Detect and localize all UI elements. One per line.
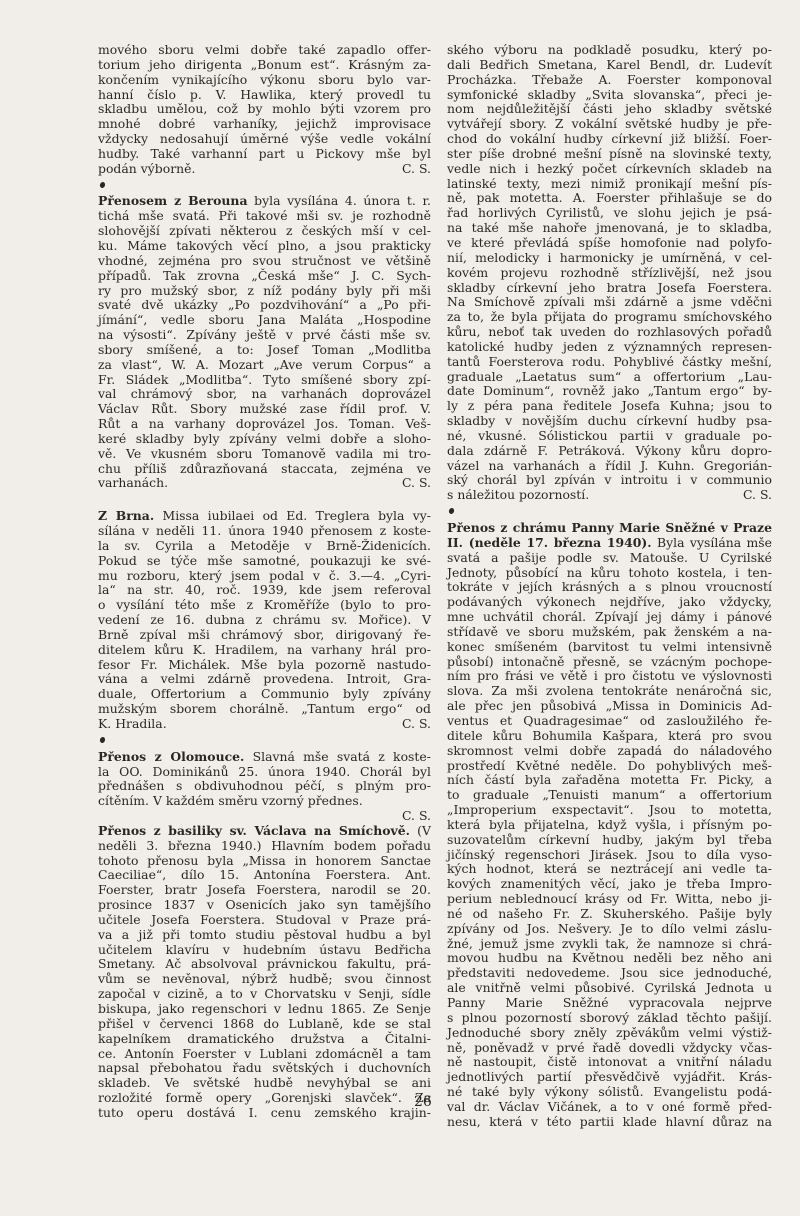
article-heading: Přenosem z Berouna — [98, 193, 248, 208]
text-line: vedle nich i hezký počet církevních skla… — [447, 162, 772, 177]
text-line: Caeciliae“, dílo 15. Antonína Foerstera.… — [98, 868, 431, 883]
text-line: ditelem kůru K. Hradilem, na varhany hrá… — [98, 643, 431, 658]
text-line: cítěním. V každém směru vzorný přednes. — [98, 794, 431, 809]
text-line: případů. Tak zrovna „Česká mše“ J. C. Sy… — [98, 269, 431, 284]
text-line: mne uchvátil chorál. Zpívají jej dámy i … — [447, 610, 772, 625]
text-line: dali Bedřich Smetana, Karel Bendl, dr. L… — [447, 58, 772, 73]
text-line: prostředí Květné neděle. Do pohyblivých … — [447, 759, 772, 774]
section-bullet-icon — [98, 732, 431, 747]
text-line: perium neblednoucí krásy od Fr. Witta, n… — [447, 892, 772, 907]
article-first-line: Přenos z Olomouce. Slavná mše svatá z ko… — [98, 750, 431, 765]
left-column: mového sboru velmi dobře také zapadlo of… — [98, 43, 431, 1121]
article-smichov-continuation: ského výboru na podkladě posudku, který … — [447, 43, 772, 503]
article-text: Slavná mše svatá z koste- — [244, 749, 431, 764]
text-line: jičínský regenschori Jirásek. Jsou to dí… — [447, 848, 772, 863]
text-line: na také mše nahoře jmenovaná, je to skla… — [447, 221, 772, 236]
text-line: varhanách. — [98, 476, 168, 491]
text-line: skromnost velmi dobře zapadá do náladové… — [447, 744, 772, 759]
text-line: katolické hudby jeden z významných repre… — [447, 340, 772, 355]
text-line: Brně zpíval mši chrámový sbor, dirigovan… — [98, 628, 431, 643]
text-line: suzovatelům církevní hudby, jakým byl tř… — [447, 833, 772, 848]
text-line: Na Smíchově zpívali mši zdárně a jsme vd… — [447, 295, 772, 310]
text-line: né, vkusné. Sólistickou partii v gradual… — [447, 429, 772, 444]
author-signature: C. S. — [402, 809, 431, 824]
article-first-line: Z Brna. Missa iubilaei od Ed. Treglera b… — [98, 509, 431, 524]
text-line: podávaných výkonech nejdříve, jako vždyc… — [447, 595, 772, 610]
text-line: Jednoty, působící na kůru tohoto kostela… — [447, 566, 772, 581]
text-line: slohovější zpívati některou z českých mš… — [98, 224, 431, 239]
text-line: jednotlivých partií přesvědčivě vyjádřit… — [447, 1070, 772, 1085]
article-text: byla vysílána 4. února t. r. — [248, 193, 431, 208]
text-line: učitele Josefa Foerstera. Studoval v Pra… — [98, 913, 431, 928]
text-line: kovém projevu rozhodně střízlivější, než… — [447, 266, 772, 281]
text-line: Jednoduché sbory zněly zpěvákům velmi vý… — [447, 1026, 772, 1041]
text-line: skladby v novějším duchu církevní hudby … — [447, 414, 772, 429]
text-line: ský chorál byl zpíván v introitu i v com… — [447, 473, 772, 488]
text-line: val chrámový sbor, na varhanách doprováz… — [98, 387, 431, 402]
text-line: K. Hradila. — [98, 717, 167, 732]
text-line: chu příliš zdůrazňovaná staccata, zejmén… — [98, 462, 431, 477]
text-line: nom nejdůležitější části jeho skladby sv… — [447, 102, 772, 117]
text-line: ventus et Quadragesimae“ od zasloužilého… — [447, 714, 772, 729]
article-beroun: Přenosem z Berouna byla vysílána 4. únor… — [98, 194, 431, 491]
text-line: tichá mše svatá. Při takové mši sv. je r… — [98, 209, 431, 224]
text-line: la“ na str. 40, roč. 1939, kde jsem refe… — [98, 583, 431, 598]
text-line: duale, Offertorium a Communio byly zpívá… — [98, 687, 431, 702]
author-signature: C. S. — [402, 162, 431, 177]
text-line: keré skladby byly zpívány velmi dobře a … — [98, 432, 431, 447]
text-line: mového sboru velmi dobře také zapadlo of… — [98, 43, 431, 58]
text-line: podán výborně. — [98, 162, 195, 177]
text-line: Růt a na varhany doprovázel Jos. Toman. … — [98, 417, 431, 432]
text-line: graduale „Laetatus sum“ a offertorium „L… — [447, 370, 772, 385]
text-line: mužským sborem chorálně. „Tantum ergo“ o… — [98, 702, 431, 717]
text-line: ně, poněvadž v prvé řadě dovedli vždycky… — [447, 1041, 772, 1056]
text-line: Smetany. Ač absolvoval právnickou fakult… — [98, 957, 431, 972]
text-line: vána a velmi zdárně provedena. Introit, … — [98, 672, 431, 687]
text-line: započal v cizině, a to v Chorvatsku v Se… — [98, 987, 431, 1002]
text-line: ly z péra pana ředitele Josefa Kuhna; js… — [447, 399, 772, 414]
article-first-line: Přenos z chrámu Panny Marie Sněžné v Pra… — [447, 521, 772, 536]
article-text: Byla vysílána mše — [652, 535, 772, 550]
article-heading: Přenos z Olomouce. — [98, 749, 244, 764]
text-line: učitelem klavíru v hudebním ústavu Bedři… — [98, 943, 431, 958]
article-brno: Z Brna. Missa iubilaei od Ed. Treglera b… — [98, 509, 431, 732]
text-line: slova. Za mši zvolena tentokráte nenároč… — [447, 684, 772, 699]
text-line: konec smíšeném (barvitost tu velmi inten… — [447, 640, 772, 655]
text-line: neděli 3. března 1940.) Hlavním bodem po… — [98, 839, 431, 854]
text-line: skladeb. Ve světské hudbě nevyhýbal se a… — [98, 1076, 431, 1091]
text-line: hanní číslo p. V. Hawlika, který provedl… — [98, 88, 431, 103]
article-heading: II. (neděle 17. března 1940). — [447, 535, 652, 550]
article-heading: Přenos z basiliky sv. Václava na Smíchov… — [98, 823, 410, 838]
section-bullet-icon — [447, 503, 772, 518]
article-heading-line: II. (neděle 17. března 1940). Byla vysíl… — [447, 536, 772, 551]
text-line: movou hudbu na Květnou neděli bez něho a… — [447, 951, 772, 966]
author-signature: C. S. — [402, 476, 431, 491]
text-line: val dr. Václav Vičánek, a to v oné formě… — [447, 1100, 772, 1115]
last-line-with-signature: varhanách.C. S. — [98, 476, 431, 491]
right-column: ského výboru na podkladě posudku, který … — [447, 43, 772, 1130]
document-page: mového sboru velmi dobře také zapadlo of… — [0, 0, 800, 1216]
page-number: 26 — [414, 1094, 432, 1110]
text-line: ale přec jen působivá „Missa in Dominici… — [447, 699, 772, 714]
text-line: kapelníkem dramatického družstva a Čital… — [98, 1032, 431, 1047]
text-line: ry pro mužský sbor, z níž podány byly př… — [98, 284, 431, 299]
article-text: (V — [410, 823, 431, 838]
text-line: fesor Fr. Michálek. Mše byla pozorně nas… — [98, 658, 431, 673]
text-line: ster píše drobné mešní písně na slovinsk… — [447, 147, 772, 162]
text-line: vhodné, zejména pro svou stručnost ve vě… — [98, 254, 431, 269]
text-line: biskupa, jako regenschori v lednu 1865. … — [98, 1002, 431, 1017]
text-line: působí) intonačně přesně, se vzácným poc… — [447, 655, 772, 670]
text-line: přednášen s obdivuhodnou péčí, s plným p… — [98, 779, 431, 794]
text-line: hudby. Také varhanní part u Pickovy mše … — [98, 147, 431, 162]
text-line: Foerster, bratr Josefa Foerstera, narodi… — [98, 883, 431, 898]
text-line: zpívány od Jos. Nešvery. Je to dílo velm… — [447, 922, 772, 937]
text-line: svaté dvě ukázky „Po pozdvihování“ a „Po… — [98, 298, 431, 313]
text-line: vytvářejí sbory. Z vokální světské hudby… — [447, 117, 772, 132]
text-line: ditele kůru Bohumila Kašpara, která pro … — [447, 729, 772, 744]
text-line: mu rozboru, který jsem podal v č. 3.—4. … — [98, 569, 431, 584]
text-line: tokráte v jejích krásných a s plnou vrou… — [447, 580, 772, 595]
text-line: la sv. Cyrila a Metoděje v Brně-Židenicí… — [98, 539, 431, 554]
text-line: torium jeho dirigenta „Bonum est“. Krásn… — [98, 58, 431, 73]
text-line: svatá a pašije podle sv. Matouše. U Cyri… — [447, 551, 772, 566]
signature-row: C. S. — [98, 809, 431, 824]
text-line: date Dominum“, rovněž jako „Tantum ergo“… — [447, 384, 772, 399]
text-line: vedení ze 16. dubna z chrámu sv. Mořice)… — [98, 613, 431, 628]
text-line: o vysílání této mše z Kroměříže (bylo to… — [98, 598, 431, 613]
text-line: ve které převládá spíše homofonie nad po… — [447, 236, 772, 251]
text-line: řad horlivých Cyrilistů, ve slohu jejich… — [447, 206, 772, 221]
text-line: ale vnitřně velmi působivé. Cyrilská Jed… — [447, 981, 772, 996]
text-line: vě. Ve vkusném sboru Tomanově vadila mi … — [98, 447, 431, 462]
text-line: „Improperium exspectavit“. Jsou to motet… — [447, 803, 772, 818]
last-line-with-signature: podán výborně.C. S. — [98, 162, 431, 177]
article-first-line: Přenos z basiliky sv. Václava na Smíchov… — [98, 824, 431, 839]
text-line: ním pro frási ve větě i pro čistotu ve v… — [447, 669, 772, 684]
text-line: která byla přijatelna, když vyšla, i pří… — [447, 818, 772, 833]
text-line: ce. Antonín Foerster v Lublani zdomácněl… — [98, 1047, 431, 1062]
text-line: latinské texty, mezi nimiž pronikají meš… — [447, 177, 772, 192]
text-line: sbory smíšené, a to: Josef Toman „Modlit… — [98, 343, 431, 358]
article-heading: Přenos z chrámu Panny Marie Sněžné v Pra… — [447, 520, 772, 535]
article-intro-continuation: mového sboru velmi dobře také zapadlo of… — [98, 43, 431, 177]
text-line: dala zdárně F. Petráková. Výkony kůru do… — [447, 444, 772, 459]
text-line: představiti nedovedeme. Jsou sice jednod… — [447, 966, 772, 981]
text-line: prosince 1837 v Osenicích jako syn taměj… — [98, 898, 431, 913]
text-line: nesu, která v této partii klade hlavní d… — [447, 1115, 772, 1130]
article-first-line: Přenosem z Berouna byla vysílána 4. únor… — [98, 194, 431, 209]
article-olomouc: Přenos z Olomouce. Slavná mše svatá z ko… — [98, 750, 431, 824]
text-line: nií, melodicky i harmonicky je umírněná,… — [447, 251, 772, 266]
section-bullet-icon — [98, 177, 431, 192]
text-line: kových znamenitých věcí, jako je třeba I… — [447, 877, 772, 892]
text-line: přišel v červenci 1868 do Lublaně, kde s… — [98, 1017, 431, 1032]
text-line: Procházka. Třebaže A. Foerster komponova… — [447, 73, 772, 88]
author-signature: C. S. — [402, 717, 431, 732]
article-snezne: Přenos z chrámu Panny Marie Sněžné v Pra… — [447, 521, 772, 1130]
text-line: žné, jemuž jsme zvykli tak, že namnoze s… — [447, 937, 772, 952]
text-line: na výsosti“. Zpívány ještě v prvé části … — [98, 328, 431, 343]
text-line: chod do vokální hudby církevní již bližš… — [447, 132, 772, 147]
text-line: la OO. Dominikánů 25. února 1940. Chorál… — [98, 765, 431, 780]
text-line: vázel na varhanách a řídil J. Kuhn. Greg… — [447, 459, 772, 474]
text-line: končením vynikajícího výkonu sboru bylo … — [98, 73, 431, 88]
text-line: tuto operu dostává I. cenu zemského kraj… — [98, 1106, 431, 1121]
spacer — [98, 491, 431, 506]
text-line: va a již při tomto studiu pěstoval hudbu… — [98, 928, 431, 943]
text-line: Václav Růt. Sbory mužské zase řídil prof… — [98, 402, 431, 417]
text-line: skladbu umělou, což by mohlo býti vzorem… — [98, 102, 431, 117]
text-line: Panny Marie Sněžné vypracovala nejprve — [447, 996, 772, 1011]
text-line: s plnou pozorností sborový základ těchto… — [447, 1011, 772, 1026]
author-signature: C. S. — [743, 488, 772, 503]
text-line: jímání“, vedle sboru Jana Maláta „Hospod… — [98, 313, 431, 328]
text-line: tantů Foersterova rodu. Pohyblivé částky… — [447, 355, 772, 370]
text-line: za to, že byla přijata do programu smích… — [447, 310, 772, 325]
text-line: to graduale „Tenuisti manum“ a offertori… — [447, 788, 772, 803]
text-line: ku. Máme takových věcí plno, a jsou prak… — [98, 239, 431, 254]
text-line: za vlast“, W. A. Mozart „Ave verum Corpu… — [98, 358, 431, 373]
text-line: ních částí byla zařaděna motetta Fr. Pic… — [447, 773, 772, 788]
text-line: Pokud se týče mše samotné, poukazuji ke … — [98, 554, 431, 569]
text-line: ně, pak motetta. A. Foerster přihlašuje … — [447, 191, 772, 206]
text-line: sílána v neděli 11. února 1940 přenosem … — [98, 524, 431, 539]
text-line: ského výboru na podkladě posudku, který … — [447, 43, 772, 58]
article-text: Missa iubilaei od Ed. Treglera byla vy- — [154, 508, 431, 523]
text-line: skladby církevní jeho bratra Josefa Foer… — [447, 281, 772, 296]
text-line: ně nastoupit, čistě intonovat a vnitřní … — [447, 1055, 772, 1070]
text-line: Fr. Sládek „Modlitba“. Tyto smíšené sbor… — [98, 373, 431, 388]
text-line: kých hodnot, která se neztrácejí ani ved… — [447, 862, 772, 877]
text-line: mnohé dobré varhaníky, jejichž improvisa… — [98, 117, 431, 132]
text-line: střídavě ve sboru mužském, pak ženském a… — [447, 625, 772, 640]
last-line-with-signature: s náležitou pozorností.C. S. — [447, 488, 772, 503]
text-line: né také byly výkony sólistů. Evangelistu… — [447, 1085, 772, 1100]
text-line: tohoto přenosu byla „Missa in honorem Sa… — [98, 854, 431, 869]
text-line: s náležitou pozorností. — [447, 488, 589, 503]
text-line: symfonické skladby „Svita slovanska“, př… — [447, 88, 772, 103]
text-line: né od našeho Fr. Z. Skuherského. Pašije … — [447, 907, 772, 922]
article-heading: Z Brna. — [98, 508, 154, 523]
text-line: vždycky nedosahují úměrné výše vedle vok… — [98, 132, 431, 147]
last-line-with-signature: K. Hradila.C. S. — [98, 717, 431, 732]
text-line: rozložité formě opery „Gorenjski slavček… — [98, 1091, 431, 1106]
article-smichov: Přenos z basiliky sv. Václava na Smíchov… — [98, 824, 431, 1121]
text-line: napsal přebohatou řadu světských i ducho… — [98, 1061, 431, 1076]
text-line: vům se nevěnoval, nýbrž hudbě; svou činn… — [98, 972, 431, 987]
text-line: kůru, neboť tak uveden do rozhlasových p… — [447, 325, 772, 340]
